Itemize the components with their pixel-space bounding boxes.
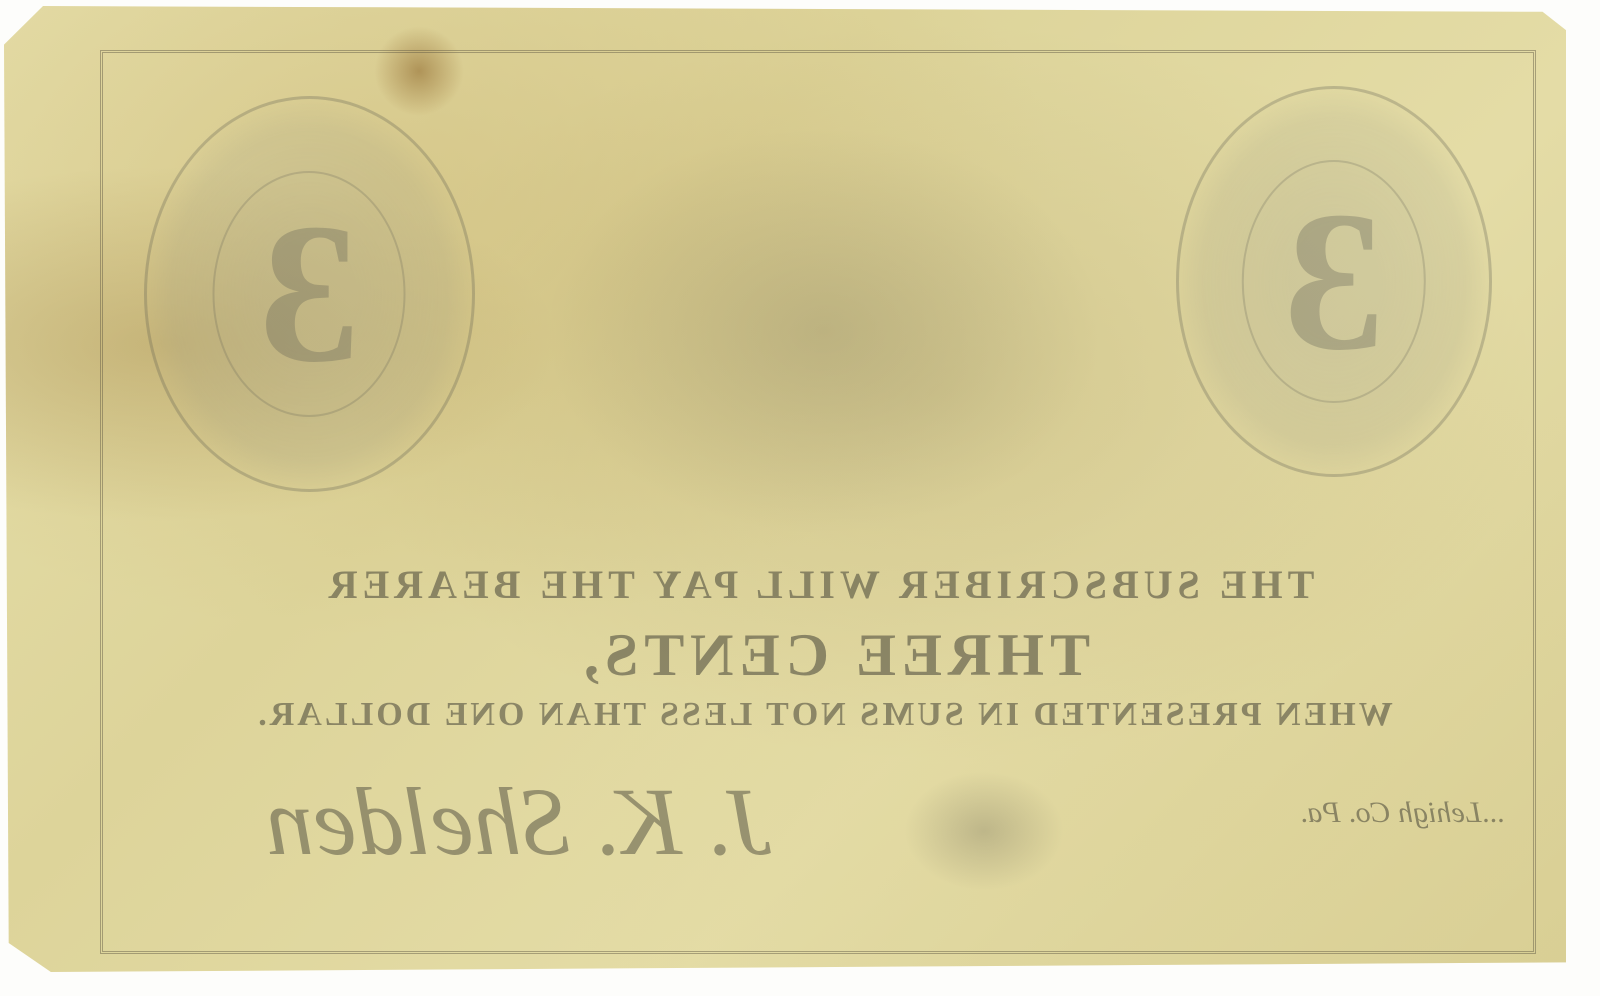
banknote-paper: 3 3 THE SUBSCRIBER WILL PAY THE BEARER T… [4,6,1566,972]
amount-line: THREE CENTS, [484,621,1184,690]
numeral-3-mirrored: 3 [1242,160,1426,403]
left-denomination-medallion: 3 [144,96,475,492]
condition-line: WHEN PRESENTED IN SUMS NOT LESS THAN ONE… [134,696,1514,734]
central-vignette-illustration [544,126,1104,536]
seal-mark [904,771,1064,891]
numeral-3-mirrored: 3 [213,171,406,417]
signature: J. K. Shelden [144,766,894,877]
right-denomination-medallion: 3 [1176,86,1492,477]
location-text: ...Lehigh Co. Pa. [1104,796,1504,830]
promise-line: THE SUBSCRIBER WILL PAY THE BEARER [194,561,1444,608]
